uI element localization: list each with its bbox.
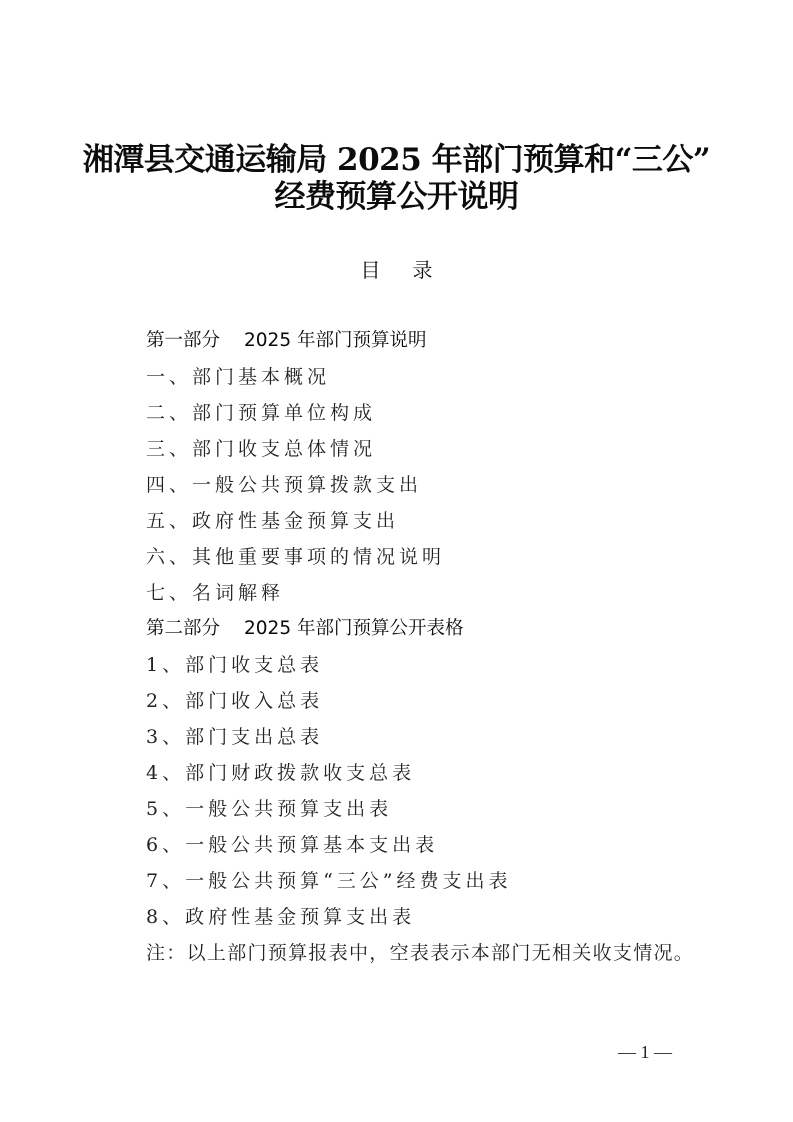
part-label: 第二部分: [146, 618, 220, 639]
part-label: 第一部分: [146, 330, 220, 351]
toc-note: 注：以上部门预算报表中，空表表示本部门无相关收支情况。: [146, 937, 694, 973]
part-title: 2025 年部门预算说明: [244, 330, 426, 351]
table-of-contents: 第一部分2025 年部门预算说明 一、部门基本概况 二、部门预算单位构成 三、部…: [146, 325, 694, 973]
toc-heading-char-1: 目: [361, 255, 381, 285]
part-title: 2025 年部门预算公开表格: [244, 618, 463, 639]
document-title-line-2: 经费预算公开说明: [0, 178, 793, 216]
toc-item[interactable]: 4、部门财政拨款收支总表: [146, 757, 694, 793]
toc-item[interactable]: 5、一般公共预算支出表: [146, 793, 694, 829]
toc-item[interactable]: 1、部门收支总表: [146, 649, 694, 685]
toc-heading: 目录: [0, 255, 793, 285]
page-number: — 1 —: [618, 1042, 672, 1063]
toc-item[interactable]: 一、部门基本概况: [146, 361, 694, 397]
toc-item[interactable]: 3、部门支出总表: [146, 721, 694, 757]
toc-item[interactable]: 8、政府性基金预算支出表: [146, 901, 694, 937]
toc-part-2-heading[interactable]: 第二部分2025 年部门预算公开表格: [146, 613, 694, 649]
toc-heading-char-2: 录: [413, 255, 433, 285]
toc-item[interactable]: 7、一般公共预算“三公”经费支出表: [146, 865, 694, 901]
toc-item[interactable]: 三、部门收支总体情况: [146, 433, 694, 469]
toc-item[interactable]: 五、政府性基金预算支出: [146, 505, 694, 541]
toc-item[interactable]: 七、名词解释: [146, 577, 694, 613]
toc-part-1-heading[interactable]: 第一部分2025 年部门预算说明: [146, 325, 694, 361]
toc-item[interactable]: 6、一般公共预算基本支出表: [146, 829, 694, 865]
document-title-line-1: 湘潭县交通运输局 2025 年部门预算和“三公”: [0, 141, 793, 179]
toc-item[interactable]: 六、其他重要事项的情况说明: [146, 541, 694, 577]
toc-item[interactable]: 2、部门收入总表: [146, 685, 694, 721]
toc-item[interactable]: 二、部门预算单位构成: [146, 397, 694, 433]
toc-item[interactable]: 四、一般公共预算拨款支出: [146, 469, 694, 505]
